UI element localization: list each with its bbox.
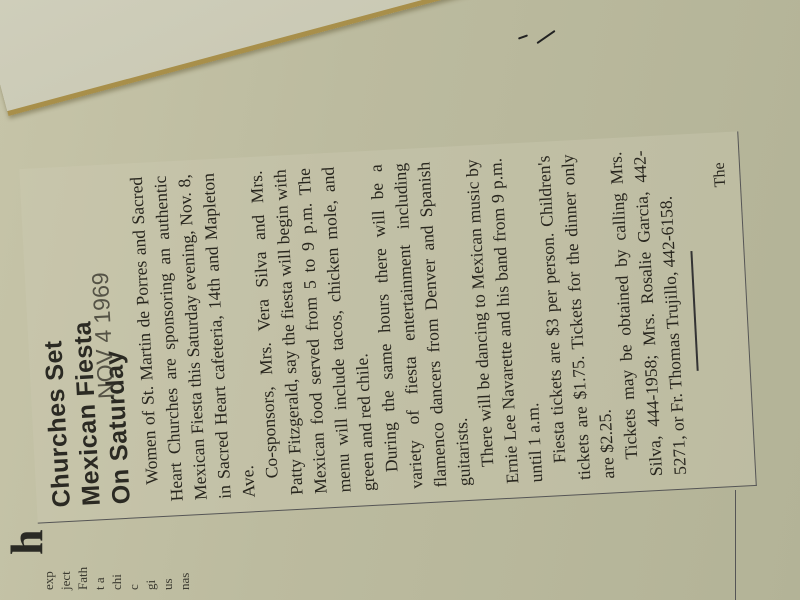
pen-mark: [518, 34, 528, 39]
column-fragment: exp: [41, 571, 56, 590]
column-fragment: Fath: [75, 567, 90, 590]
paragraph: Co-sponsors, Mrs. Vera Silva and Mrs. Pa…: [244, 165, 381, 497]
top-newspaper-sheet: Chri: [0, 0, 685, 116]
column-rule: [735, 490, 736, 600]
column-fragment: us: [160, 578, 175, 590]
column-fragment: c: [126, 584, 141, 590]
column-fragment: gi: [143, 580, 158, 590]
paragraph: During the same hours there will be a va…: [363, 160, 476, 491]
column-fragment: chi: [109, 574, 124, 590]
article-body: Women of St. Martin de Porres and Sacred…: [124, 149, 692, 503]
end-rule: [690, 251, 698, 371]
newspaper-clipping: Churches Set Mexican Fiesta On Saturday …: [19, 131, 757, 523]
clipping-content: Churches Set Mexican Fiesta On Saturday …: [19, 131, 757, 523]
column-fragment: ject: [58, 571, 73, 590]
pen-mark: [536, 30, 555, 44]
paragraph: Women of St. Martin de Porres and Sacred…: [124, 171, 261, 503]
headline: Churches Set Mexican Fiesta On Saturday: [30, 178, 137, 508]
photo-background: Chri Churches Set Mexican Fiesta On Satu…: [0, 0, 800, 600]
column-fragment: t a: [92, 577, 107, 590]
bottom-sheet-column: exp ject Fath t a chi c gi us nas: [40, 530, 193, 590]
next-article-fragment: The: [711, 162, 730, 188]
column-fragment: nas: [177, 573, 192, 590]
